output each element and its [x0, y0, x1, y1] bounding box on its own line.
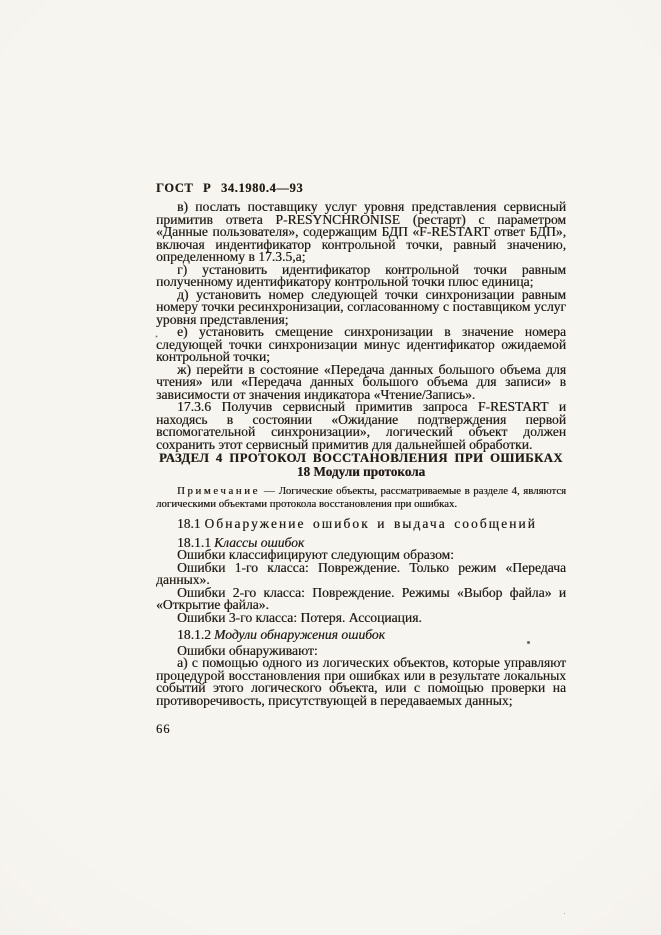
page-number: 66 — [156, 722, 171, 737]
chapter-heading: 18 Модули протокола — [156, 465, 566, 479]
list-item-v: в) послать поставщику услуг уровня предс… — [156, 201, 566, 264]
page-body: в) послать поставщику услуг уровня предс… — [156, 201, 566, 707]
list-item-d: д) установить номер следующей точки синх… — [156, 289, 566, 327]
subsection-number: 18.1 — [177, 516, 200, 531]
list-item-e: е) установить смещение синхронизации в з… — [156, 326, 566, 364]
note-label: Примечание — [177, 485, 260, 497]
subsection-title: Обнаружение ошибок и выдача сообщений — [204, 516, 536, 531]
list-item-g: г) установить идентификатор контрольной … — [156, 264, 566, 289]
paragraph-class-1: Ошибки 1-го класса: Повреждение. Только … — [156, 562, 566, 587]
list-item-zh: ж) перейти в состояние «Передача данных … — [156, 364, 566, 402]
clause-number: 18.1.2 — [177, 627, 211, 642]
note-dash: — — [260, 485, 279, 497]
paragraph-class-2: Ошибки 2-го класса: Повреждение. Режимы … — [156, 587, 566, 612]
note: Примечание—Логические объекты, рассматри… — [156, 485, 566, 511]
document-page: ГОСТ Р 34.1980.4—93 в) послать поставщик… — [0, 0, 661, 935]
paragraph-class-3: Ошибки 3-го класса: Потеря. Ассоциация. — [156, 612, 566, 625]
subsection-heading-18-1: 18.1Обнаружение ошибок и выдача сообщени… — [156, 516, 566, 532]
clause-heading-18-1-2: 18.1.2Модули обнаружения ошибок — [156, 628, 566, 642]
section-heading: РАЗДЕЛ 4 ПРОТОКОЛ ВОССТАНОВЛЕНИЯ ПРИ ОШИ… — [156, 451, 566, 465]
clause-17-3-6: 17.3.6 Получив сервисный примитив запрос… — [156, 401, 566, 451]
running-header: ГОСТ Р 34.1980.4—93 — [156, 181, 303, 196]
clause-title: Модули обнаружения ошибок — [214, 627, 385, 642]
list-item-a: а) с помощью одного из логических объект… — [156, 657, 566, 707]
